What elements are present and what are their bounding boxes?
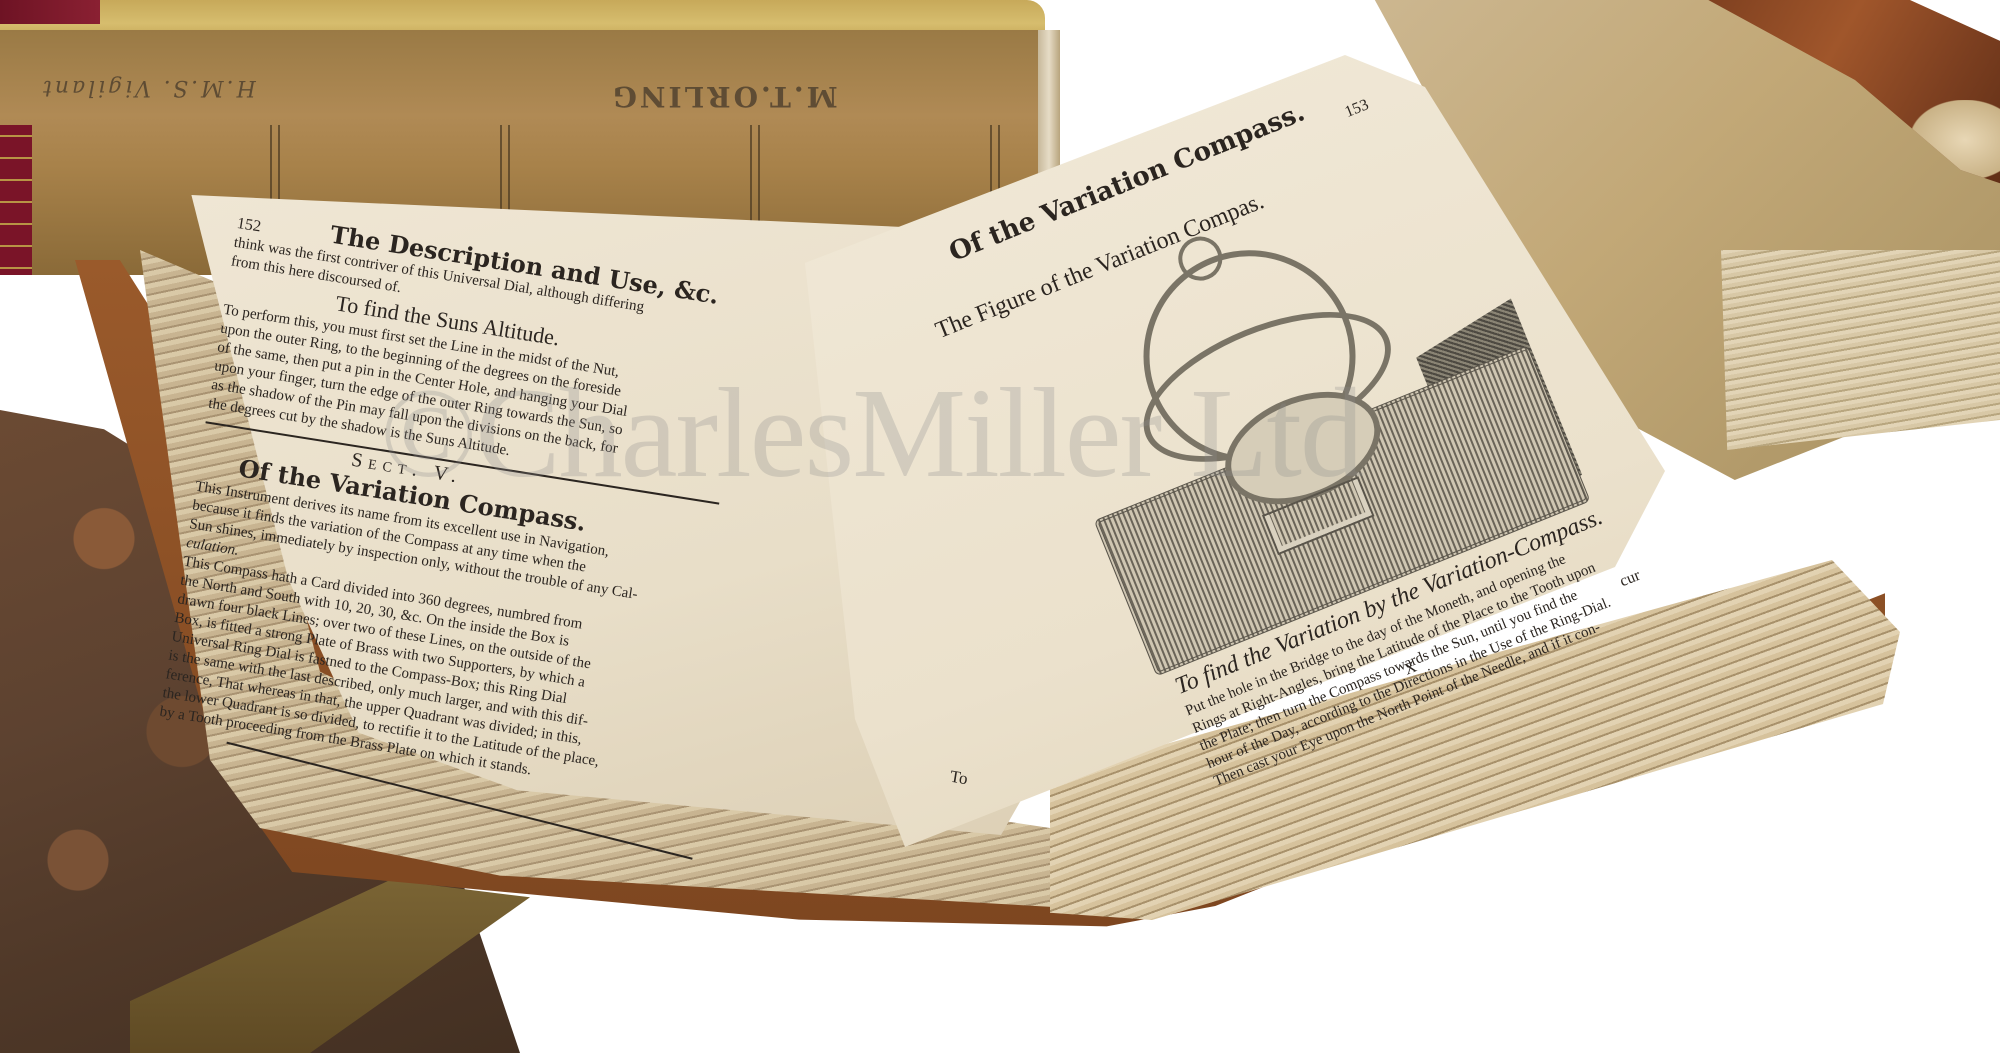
catchword-left: To — [949, 767, 970, 790]
copyright-watermark: ©CharlesMiller Ltd — [380, 360, 1362, 507]
right-book-page-edges — [1690, 250, 2000, 450]
spine-handwriting: H.M.S. Vigilant — [40, 75, 256, 100]
gilt-red-label — [0, 125, 32, 275]
page-number-left: 152 — [236, 215, 263, 237]
left-page-text: 152 The Description and Use, &c. think w… — [153, 205, 783, 839]
red-spine-label — [0, 0, 100, 24]
spine-title: M.T.ORLING — [610, 80, 838, 113]
